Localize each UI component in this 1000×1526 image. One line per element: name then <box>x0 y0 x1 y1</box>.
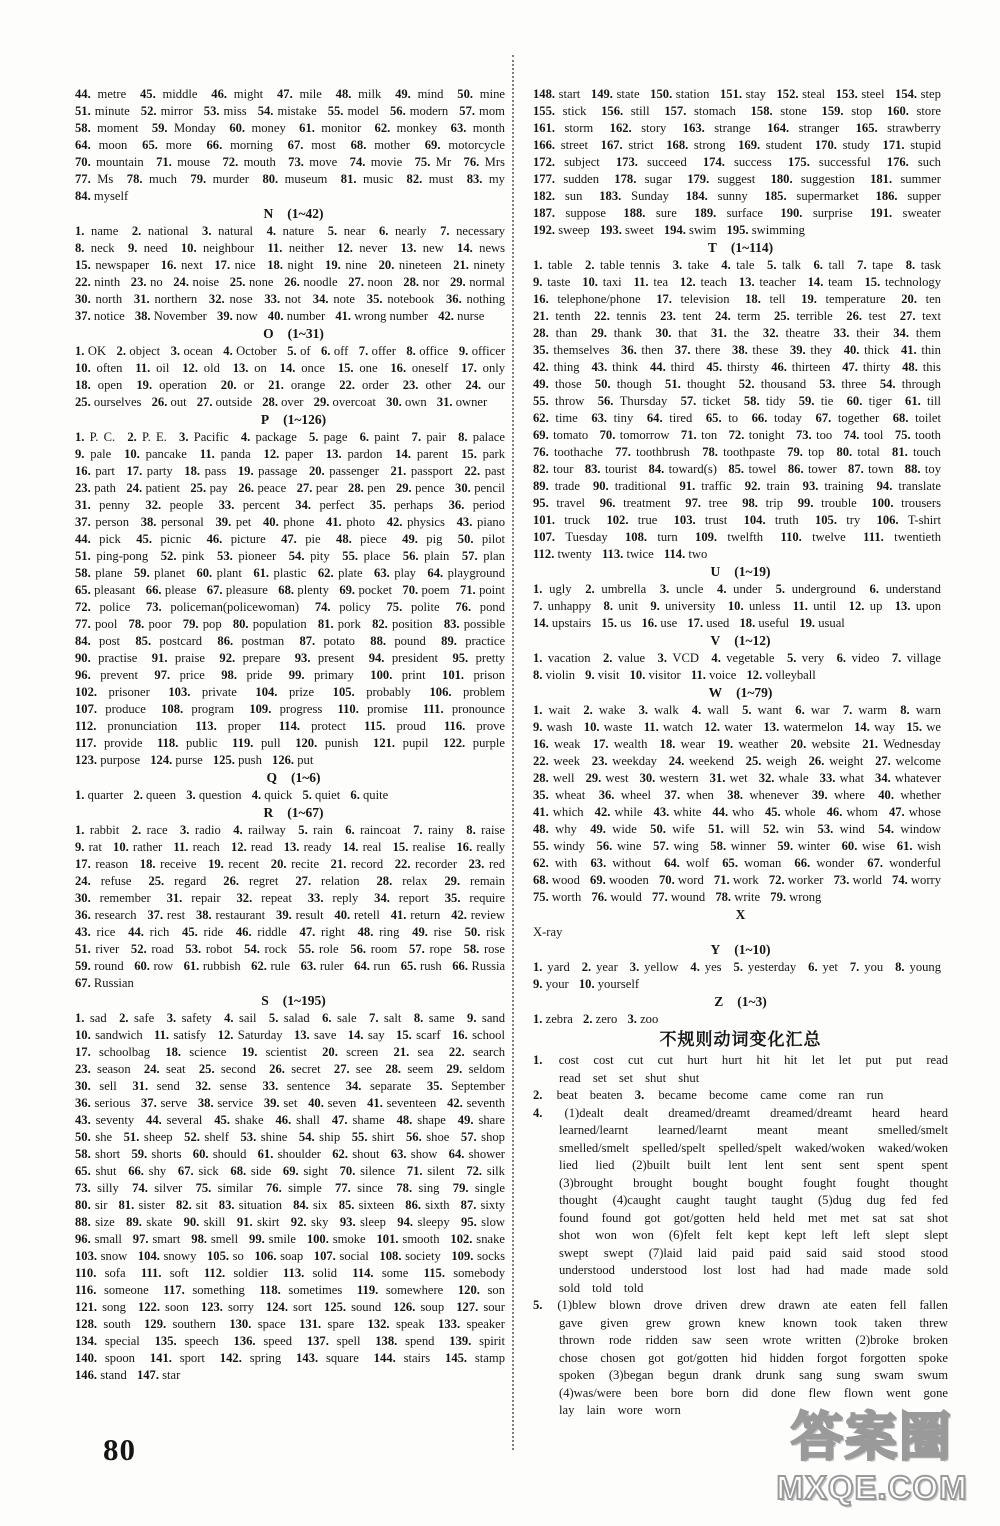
word-entry: 32. whale <box>759 771 809 785</box>
verb-group: 5. (1)blew blown drove driven drew drawn… <box>533 1297 948 1420</box>
word-entry: 95. travel <box>533 496 585 510</box>
word-entry: 27. text <box>900 309 941 323</box>
word-entry: 4. nature <box>267 224 315 238</box>
word-entry: 66. please <box>146 583 197 597</box>
word-entry: 29. normal <box>450 275 505 289</box>
word-entry: 14. say <box>348 1028 385 1042</box>
word-entry: 10. yourself <box>579 977 639 991</box>
word-entry: 82. must <box>407 172 454 186</box>
word-entry: 30. north <box>75 292 122 306</box>
word-entry: 11. watch <box>644 720 693 734</box>
word-entry: 182. sun <box>533 189 582 203</box>
word-entry: 11. until <box>793 599 837 613</box>
word-entry: 104. snowy <box>138 1249 197 1263</box>
word-entry: 17. television <box>656 292 729 306</box>
word-entry: 107. social <box>314 1249 369 1263</box>
word-entry: 63. month <box>451 121 505 135</box>
section-range: (1~79) <box>736 685 772 700</box>
word-entry: 53. wind <box>818 822 865 836</box>
word-entry: 70. poem <box>402 583 449 597</box>
word-entry: 61. plastic <box>253 566 306 580</box>
word-entry: 99. primary <box>289 668 354 682</box>
word-entry: 114. protect <box>279 719 346 733</box>
word-entry: 17. wealth <box>593 737 648 751</box>
word-entry: 6. understand <box>870 582 941 596</box>
word-entry: 31. send <box>132 1079 179 1093</box>
word-entry: 123. sorry <box>201 1300 254 1314</box>
word-entry: 31. northern <box>134 292 197 306</box>
word-entry: 70. mountain <box>75 155 144 169</box>
word-entry: 52. pink <box>161 549 205 563</box>
word-entry: 159. stop <box>822 104 873 118</box>
word-entry: 167. strict <box>601 138 654 152</box>
word-entry: 18. useful <box>739 616 789 630</box>
word-entry: 29. remain <box>444 874 505 888</box>
left-column: 44. metre 45. middle 46. might 47. mile … <box>75 86 512 1420</box>
word-entry: 130. space <box>229 1317 285 1331</box>
word-entry: 78. write <box>715 890 760 904</box>
word-entry: 138. spend <box>375 1334 434 1348</box>
word-entry: 46. thirteen <box>771 360 830 374</box>
word-entry: 6. tall <box>814 258 845 272</box>
word-list: 1. ugly 2. umbrella 3. uncle 4. under 5.… <box>533 581 948 632</box>
word-entry: 28. than <box>533 326 577 340</box>
word-entry: 2. table tennis <box>585 258 660 272</box>
word-entry: 43. think <box>591 360 638 374</box>
word-entry: 4. sail <box>224 1011 256 1025</box>
section-letter: Z <box>714 994 723 1009</box>
word-entry: 19. passage <box>238 464 298 478</box>
word-list: X-ray <box>533 924 948 941</box>
word-list: 1. name 2. national 3. natural 4. nature… <box>75 223 512 325</box>
word-entry: 31. repair <box>167 891 221 905</box>
word-entry: 35. September <box>427 1079 505 1093</box>
word-entry: 74. worry <box>892 873 941 887</box>
word-entry: 47. mile <box>277 87 322 101</box>
word-entry: 47. shame <box>332 1113 385 1127</box>
word-entry: 41. return <box>391 908 441 922</box>
word-entry: 77. toothbrush <box>615 445 690 459</box>
word-entry: 1. wait <box>533 703 570 717</box>
word-entry: 56. shoe <box>406 1130 449 1144</box>
word-entry: 115. somebody <box>424 1266 505 1280</box>
word-entry: 29. overcoat <box>314 395 376 409</box>
word-entry: 62. with <box>533 856 577 870</box>
word-entry: 84. myself <box>75 189 128 203</box>
word-entry: 128. south <box>75 1317 131 1331</box>
word-entry: 94. president <box>369 651 438 665</box>
word-entry: 51. minute <box>75 104 130 118</box>
word-entry: 52. mirror <box>141 104 193 118</box>
word-entry: 52. road <box>131 942 174 956</box>
word-entry: 88. pound <box>370 634 426 648</box>
verb-forms-text: (1)dealt dealt dreamed/dreamt dreamed/dr… <box>559 1106 948 1295</box>
section-letter: T <box>708 240 717 255</box>
word-entry: 13. watermelon <box>763 720 842 734</box>
section-heading-o: O(1~31) <box>75 325 512 343</box>
word-entry: 62. time <box>533 411 578 425</box>
word-entry: 52. win <box>763 822 804 836</box>
word-entry: 119. somewhere <box>357 1283 443 1297</box>
word-entry: 2. year <box>582 960 618 974</box>
word-entry: 85. sixteen <box>339 1198 395 1212</box>
word-entry: 58. tidy <box>744 394 786 408</box>
word-entry: 94. translate <box>877 479 941 493</box>
word-entry: 39. they <box>790 343 832 357</box>
word-entry: 103. private <box>168 685 237 699</box>
word-entry: 77. since <box>335 1181 383 1195</box>
word-entry: 10. often <box>75 361 122 375</box>
word-entry: 88. toy <box>905 462 941 476</box>
word-entry: 135. speech <box>155 1334 219 1348</box>
word-entry: 192. sweep <box>533 223 590 237</box>
word-list: 1. vacation 2. value 3. VCD 4. vegetable… <box>533 650 948 684</box>
word-entry: 178. sugar <box>614 172 672 186</box>
word-entry: 42. thing <box>533 360 580 374</box>
word-entry: 166. street <box>533 138 588 152</box>
word-entry: 22. order <box>339 378 388 392</box>
word-entry: 118. sometimes <box>259 1283 342 1297</box>
word-entry: 124. purse <box>150 753 202 767</box>
word-entry: 43. rice <box>75 925 115 939</box>
word-entry: 34. report <box>374 891 429 905</box>
word-entry: 23. tent <box>660 309 701 323</box>
word-entry: 57. rope <box>409 942 452 956</box>
word-entry: 35. themselves <box>533 343 609 357</box>
word-entry: 109. progress <box>249 702 322 716</box>
word-entry: 77. pool <box>75 617 117 631</box>
word-entry: 181. summer <box>870 172 941 186</box>
word-entry: 154. step <box>895 87 941 101</box>
word-entry: 49. pig <box>402 532 442 546</box>
word-entry: 75. worth <box>533 890 581 904</box>
word-entry: 26. noodle <box>284 275 338 289</box>
word-list: 1. P. C. 2. P. E. 3. Pacific 4. package … <box>75 429 512 769</box>
word-entry: 145. stamp <box>445 1351 505 1365</box>
word-entry: 74. tool <box>844 428 884 442</box>
word-entry: 180. suggestion <box>771 172 855 186</box>
word-entry: 115. proud <box>364 719 426 733</box>
word-entry: 5. talk <box>767 258 801 272</box>
word-entry: 83. possible <box>444 617 505 631</box>
word-entry: 133. speaker <box>438 1317 505 1331</box>
word-entry: 129. southern <box>144 1317 216 1331</box>
word-entry: 111. soft <box>141 1266 189 1280</box>
word-entry: 48. shape <box>397 1113 446 1127</box>
word-entry: 80. total <box>836 445 879 459</box>
word-entry: 89. practice <box>441 634 505 648</box>
word-entry: 40. number <box>268 309 325 323</box>
section-heading-n: N(1~42) <box>75 205 512 223</box>
section-heading-y: Y(1~10) <box>533 941 948 959</box>
word-entry: 137. spell <box>307 1334 361 1348</box>
word-entry: 77. wound <box>652 890 705 904</box>
word-entry: 21. tenth <box>533 309 581 323</box>
word-entry: 11. panda <box>200 447 251 461</box>
word-entry: 91. traffic <box>679 479 731 493</box>
word-entry: 85. towel <box>728 462 776 476</box>
word-entry: 34. whatever <box>875 771 941 785</box>
section-range: (1~114) <box>731 240 773 255</box>
word-entry: 96. small <box>75 1232 122 1246</box>
word-entry: 60. row <box>134 959 173 973</box>
word-entry: 59. tie <box>799 394 834 408</box>
word-entry: 32. theatre <box>763 326 820 340</box>
section-letter: N <box>263 206 273 221</box>
word-entry: 110. promise <box>338 702 408 716</box>
word-list: 1. rabbit 2. race 3. radio 4. railway 5.… <box>75 822 512 992</box>
word-entry: 13. ready <box>284 840 332 854</box>
word-entry: 59. shorts <box>131 1147 181 1161</box>
word-entry: 66. today <box>752 411 802 425</box>
word-entry: 13. upon <box>895 599 941 613</box>
word-entry: 72. tonight <box>729 428 785 442</box>
word-entry: 70. tomorrow <box>600 428 670 442</box>
word-entry: 20. ten <box>901 292 941 306</box>
word-entry: 39. pet <box>215 515 251 529</box>
word-entry: 44. rich <box>128 925 169 939</box>
word-entry: 28. over <box>262 395 303 409</box>
word-entry: 36. period <box>449 498 505 512</box>
word-entry: 3. safety <box>167 1011 212 1025</box>
word-entry: 4. tale <box>721 258 754 272</box>
word-entry: 15. we <box>906 720 941 734</box>
word-entry: 36. then <box>621 343 663 357</box>
word-entry: 19. operation <box>136 378 206 392</box>
word-entry: 26. out <box>152 395 187 409</box>
word-entry: 59. round <box>75 959 124 973</box>
word-entry: 99. smile <box>249 1232 296 1246</box>
word-entry: 91. skirt <box>237 1215 280 1229</box>
word-entry: 32. people <box>145 498 203 512</box>
word-entry: 61. till <box>905 394 941 408</box>
word-entry: 36. serious <box>75 1096 130 1110</box>
word-entry: 45. picnic <box>136 532 191 546</box>
word-list: 1. wait 2. wake 3. walk 4. wall 5. want … <box>533 702 948 906</box>
word-entry: 37. person <box>75 515 129 529</box>
word-entry: 8. neck <box>75 241 115 255</box>
word-entry: 78. poor <box>129 617 172 631</box>
word-entry: 37. rest <box>147 908 185 922</box>
word-entry: 77. Ms <box>75 172 113 186</box>
word-entry: 51. will <box>708 822 750 836</box>
word-entry: 108. program <box>161 702 234 716</box>
word-entry: 45. thirsty <box>706 360 759 374</box>
word-entry: 10. pancake <box>124 447 187 461</box>
word-entry: 7. offer <box>359 344 396 358</box>
word-entry: 40. whether <box>878 788 941 802</box>
word-entry: 3. walk <box>639 703 679 717</box>
word-entry: 1. sad <box>75 1011 107 1025</box>
section-heading-u: U(1~19) <box>533 563 948 581</box>
word-entry: 50. mine <box>457 87 505 101</box>
word-entry: 36. wheel <box>599 788 651 802</box>
word-entry: 38. service <box>198 1096 253 1110</box>
word-entry: 76. Mrs <box>464 155 505 169</box>
word-entry: 149. state <box>591 87 640 101</box>
word-entry: 73. move <box>288 155 337 169</box>
word-entry: 43. piano <box>457 515 505 529</box>
word-entry: 48. why <box>533 822 577 836</box>
word-entry: 59. winter <box>777 839 830 853</box>
word-list: 1. yard 2. year 3. yellow 4. yes 5. yest… <box>533 959 948 993</box>
word-entry: 98. pride <box>221 668 272 682</box>
word-entry: 35. require <box>445 891 505 905</box>
word-entry: 70. word <box>659 873 704 887</box>
word-entry: 7. warm <box>843 703 887 717</box>
word-entry: 57. plan <box>462 549 505 563</box>
section-letter: Q <box>266 770 277 785</box>
word-entry: 64. playground <box>427 566 505 580</box>
word-entry: 73. silly <box>75 1181 119 1195</box>
word-entry: 7. you <box>850 960 883 974</box>
word-entry: 26. peace <box>238 481 286 495</box>
word-entry: 35. wheat <box>533 788 585 802</box>
word-entry: 3. question <box>186 788 241 802</box>
word-entry: 76. simple <box>266 1181 322 1195</box>
word-entry: 65. woman <box>722 856 781 870</box>
word-entry: 15. us <box>601 616 631 630</box>
word-entry: 104. truth <box>744 513 799 527</box>
word-entry: 158. stone <box>751 104 807 118</box>
section-heading-p: P(1~126) <box>75 411 512 429</box>
word-entry: 67. Russian <box>75 976 134 990</box>
word-list: 1. quarter 2. queen 3. question 4. quick… <box>75 787 512 804</box>
word-entry: 28. pen <box>348 481 385 495</box>
word-entry: 20. nineteen <box>379 258 442 272</box>
word-entry: 86. tower <box>788 462 837 476</box>
word-entry: 5. page <box>309 430 347 444</box>
word-entry: 146. stand <box>75 1368 127 1382</box>
word-entry: 6. paint <box>360 430 400 444</box>
word-entry: 172. subject <box>533 155 600 169</box>
word-entry: 45. shake <box>214 1113 263 1127</box>
word-entry: 46. picture <box>207 532 266 546</box>
word-entry: 152. steal <box>776 87 825 101</box>
word-entry: 53. robot <box>185 942 232 956</box>
word-entry: 4. vegetable <box>711 651 774 665</box>
word-entry: 12. up <box>849 599 883 613</box>
word-entry: 12. old <box>182 361 220 375</box>
word-entry: 179. suggest <box>687 172 755 186</box>
word-entry: 60. should <box>193 1147 247 1161</box>
word-entry: 17. party <box>126 464 172 478</box>
word-entry: 23. weekday <box>592 754 657 768</box>
word-entry: 48. ring <box>358 925 400 939</box>
word-entry: 55. shirt <box>352 1130 395 1144</box>
word-entry: 64. shower <box>449 1147 505 1161</box>
word-entry: 2. queen <box>133 788 176 802</box>
word-entry: 48. piece <box>336 532 387 546</box>
word-entry: 16. telephone/phone <box>533 292 641 306</box>
word-entry: 44. third <box>650 360 694 374</box>
word-entry: 82. sit <box>176 1198 208 1212</box>
word-entry: 18. night <box>267 258 313 272</box>
word-entry: 14. upstairs <box>533 616 591 630</box>
word-entry: 38. these <box>732 343 778 357</box>
word-entry: 1. yard <box>533 960 570 974</box>
word-entry: 117. provide <box>75 736 142 750</box>
word-entry: 61. monitor <box>299 121 361 135</box>
word-entry: 41. thin <box>901 343 941 357</box>
word-entry: 46. riddle <box>236 925 287 939</box>
word-entry: 37. there <box>675 343 721 357</box>
word-entry: 5. very <box>787 651 824 665</box>
verb-group-number: 3. <box>635 1088 644 1102</box>
watermark-logo-text: 答案圈 <box>752 1408 992 1468</box>
page-number: 80 <box>103 1432 136 1468</box>
word-entry: 123. purpose <box>75 753 140 767</box>
word-entry: 65. rush <box>401 959 442 973</box>
word-entry: 5. quiet <box>302 788 340 802</box>
word-entry: 90. practise <box>75 651 137 665</box>
word-entry: 28. relax <box>376 874 427 888</box>
word-entry: 191. sweater <box>870 206 941 220</box>
word-entry: 71. ton <box>681 428 717 442</box>
section-range: (1~67) <box>287 805 323 820</box>
section-letter: P <box>261 412 269 427</box>
word-entry: 11. oil <box>135 361 169 375</box>
word-entry: 3. uncle <box>660 582 703 596</box>
word-entry: 54. through <box>880 377 941 391</box>
word-entry: 108. turn <box>625 530 678 544</box>
word-entry: 30. pencil <box>455 481 505 495</box>
word-entry: 21. record <box>331 857 384 871</box>
word-entry: 13. save <box>294 1028 336 1042</box>
word-entry: 120. punish <box>295 736 358 750</box>
word-entry: 184. sunny <box>686 189 748 203</box>
word-entry: 144. stairs <box>374 1351 430 1365</box>
word-entry: 8. task <box>906 258 941 272</box>
word-entry: 147. star <box>137 1368 180 1382</box>
word-entry: 69. pocket <box>339 583 392 597</box>
word-entry: 83. situation <box>219 1198 282 1212</box>
word-entry: 109. socks <box>451 1249 505 1263</box>
word-entry: 125. sound <box>324 1300 381 1314</box>
word-entry: 31. wet <box>710 771 748 785</box>
section-letter: V <box>710 633 720 648</box>
word-entry: 150. station <box>650 87 709 101</box>
word-entry: 25. none <box>230 275 274 289</box>
right-column: 148. start 149. state 150. station 151. … <box>533 86 948 1420</box>
word-entry: 15. park <box>461 447 505 461</box>
verb-forms-text: (1)blew blown drove driven drew drawn at… <box>557 1298 948 1417</box>
word-entry: 4. package <box>241 430 297 444</box>
section-letter: R <box>263 805 273 820</box>
word-entry: 8. violin <box>533 668 575 682</box>
word-entry: 12. never <box>337 241 387 255</box>
word-entry: 2. race <box>132 823 168 837</box>
word-entry: 114. two <box>664 547 707 561</box>
word-entry: 34. separate <box>346 1079 412 1093</box>
word-entry: 12. paper <box>264 447 314 461</box>
word-entry: 46. shall <box>275 1113 319 1127</box>
word-entry: 18. open <box>75 378 122 392</box>
word-entry: 33. reply <box>308 891 359 905</box>
word-entry: 187. suppose <box>533 206 606 220</box>
word-entry: 49. those <box>533 377 582 391</box>
word-entry: 98. smell <box>191 1232 238 1246</box>
word-entry: 66. Russia <box>452 959 505 973</box>
word-entry: 7. pair <box>412 430 446 444</box>
word-entry: 168. strong <box>666 138 725 152</box>
word-entry: 67. most <box>288 138 336 152</box>
word-entry: 68. toilet <box>893 411 941 425</box>
word-entry: 1. ugly <box>533 582 572 596</box>
word-entry: 9. rat <box>75 840 102 854</box>
word-entry: 89. skate <box>126 1215 172 1229</box>
word-entry: 12. teach <box>680 275 727 289</box>
